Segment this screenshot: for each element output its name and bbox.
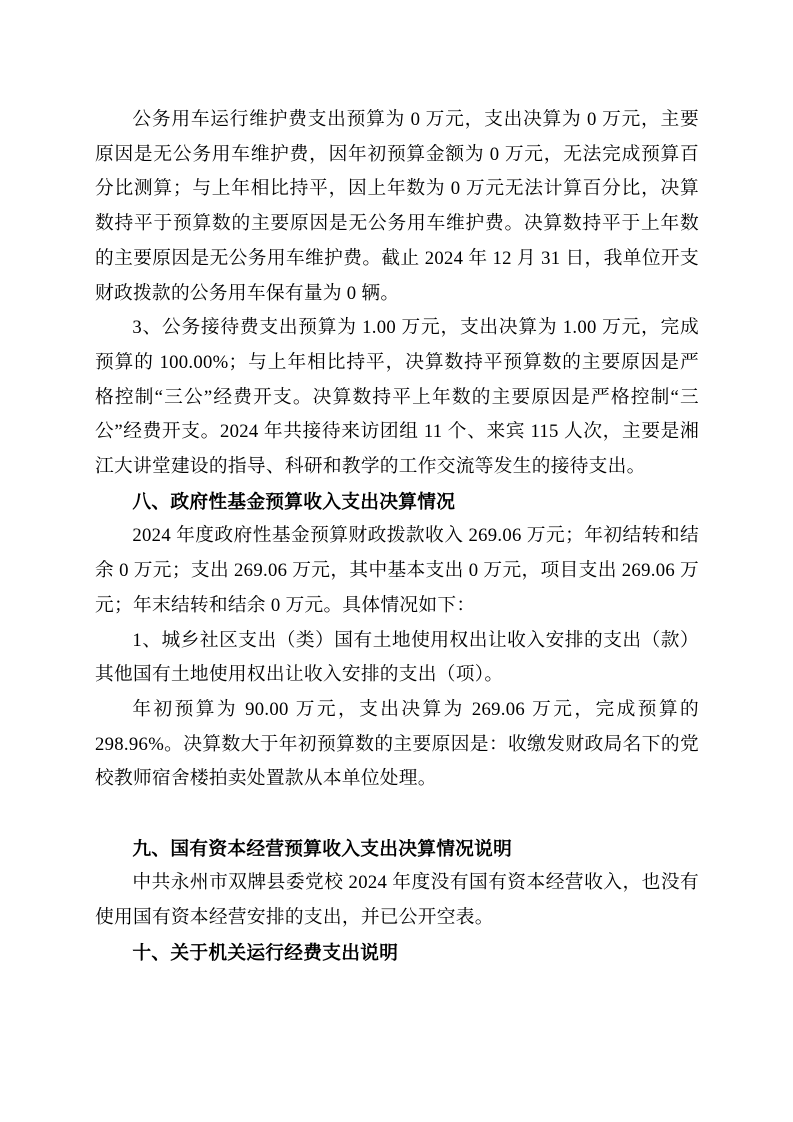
paragraph: 3、公务接待费支出预算为 1.00 万元，支出决算为 1.00 万元，完成预算的… [95, 311, 699, 485]
blank-line [95, 797, 699, 832]
section-heading: 十、关于机关运行经费支出说明 [95, 936, 699, 971]
paragraph: 2024 年度政府性基金预算财政拨款收入 269.06 万元；年初结转和结余 0… [95, 519, 699, 623]
paragraph: 中共永州市双牌县委党校 2024 年度没有国有资本经营收入，也没有使用国有资本经… [95, 866, 699, 935]
section-heading: 九、国有资本经营预算收入支出决算情况说明 [95, 832, 699, 867]
document-content: 公务用车运行维护费支出预算为 0 万元，支出决算为 0 万元，主要原因是无公务用… [95, 103, 699, 971]
document-page: 公务用车运行维护费支出预算为 0 万元，支出决算为 0 万元，主要原因是无公务用… [0, 0, 793, 1122]
section-heading: 八、政府性基金预算收入支出决算情况 [95, 485, 699, 520]
paragraph: 1、城乡社区支出（类）国有土地使用权出让收入安排的支出（款）其他国有土地使用权出… [95, 624, 699, 693]
paragraph: 年初预算为 90.00 万元，支出决算为 269.06 万元，完成预算的 298… [95, 693, 699, 797]
paragraph: 公务用车运行维护费支出预算为 0 万元，支出决算为 0 万元，主要原因是无公务用… [95, 103, 699, 311]
